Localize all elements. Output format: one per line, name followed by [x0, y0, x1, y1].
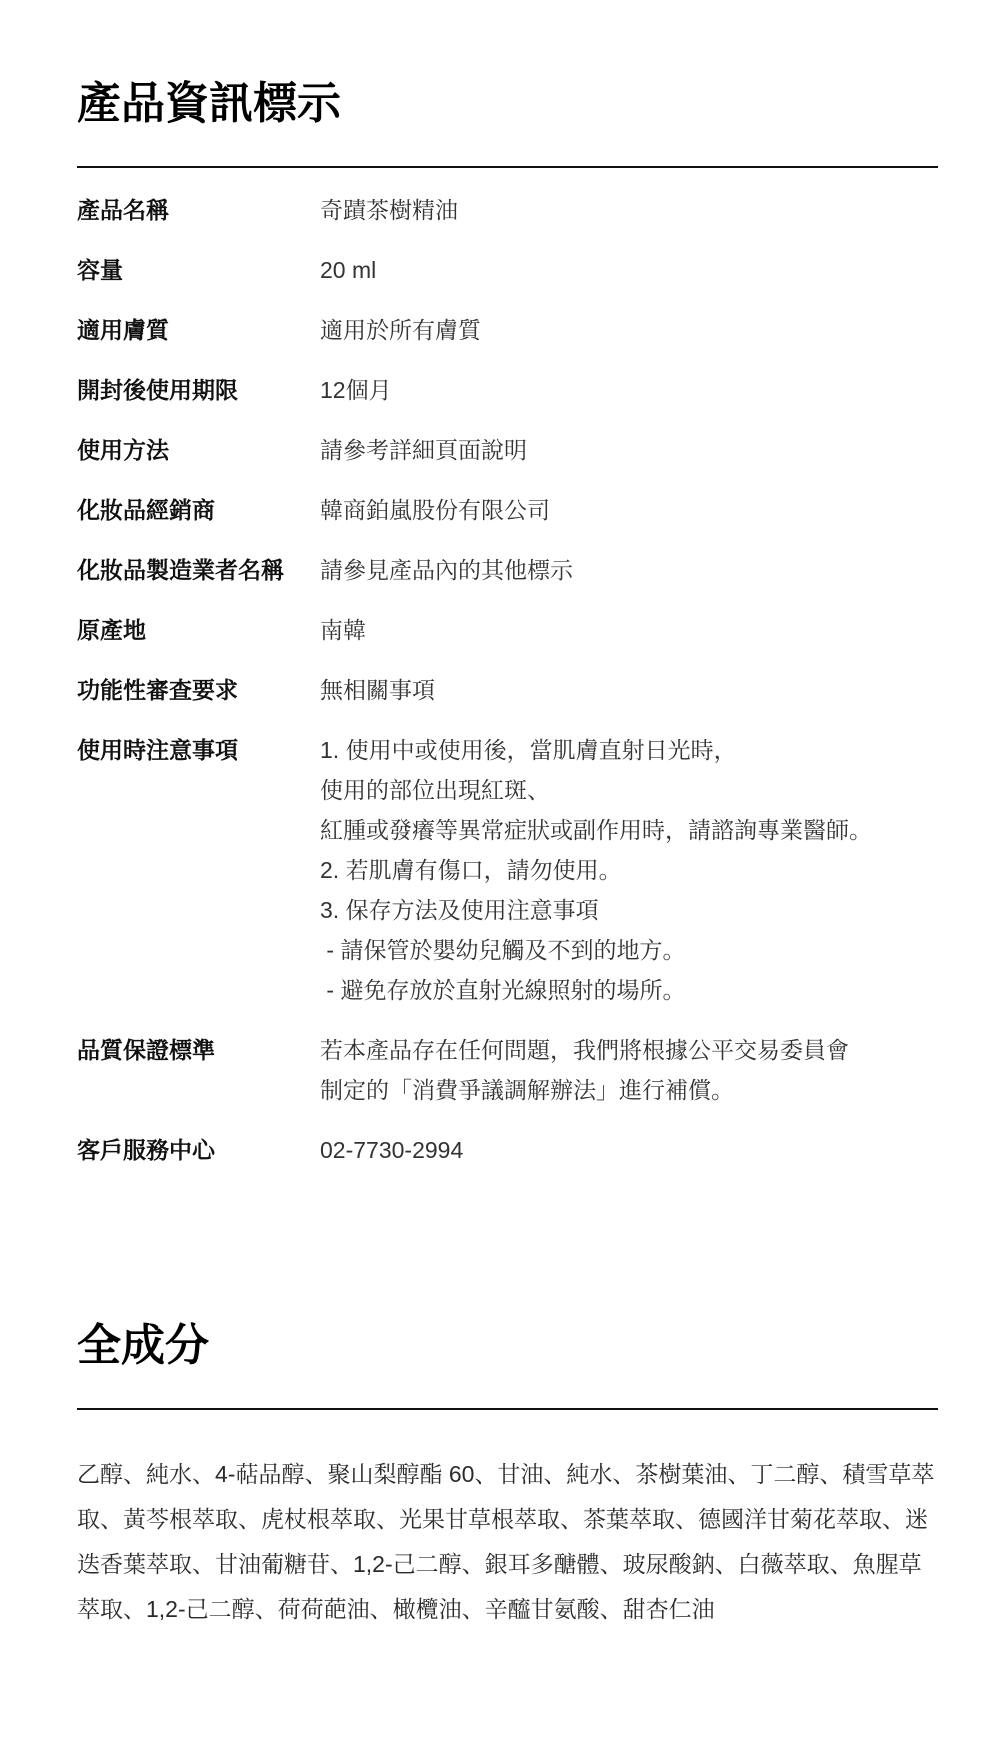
- table-row: 化妝品經銷商 韓商鉑嵐股份有限公司: [77, 490, 938, 530]
- row-value: 02-7730-2994: [320, 1130, 938, 1170]
- row-value: 若本產品存在任何問題，我們將根據公平交易委員會 制定的「消費爭議調解辦法」進行補…: [320, 1030, 938, 1110]
- row-label: 功能性審查要求: [77, 670, 320, 710]
- row-value: 請參見產品內的其他標示: [320, 550, 938, 590]
- row-label: 原產地: [77, 610, 320, 650]
- row-value: 韓商鉑嵐股份有限公司: [320, 490, 938, 530]
- row-value: 南韓: [320, 610, 938, 650]
- table-row: 客戶服務中心 02-7730-2994: [77, 1130, 938, 1170]
- table-row: 化妝品製造業者名稱 請參見產品內的其他標示: [77, 550, 938, 590]
- row-label: 容量: [77, 250, 320, 290]
- row-label: 產品名稱: [77, 190, 320, 230]
- row-value: 適用於所有膚質: [320, 310, 938, 350]
- table-row: 產品名稱 奇蹟茶樹精油: [77, 190, 938, 230]
- row-value: 20 ml: [320, 250, 938, 290]
- row-label: 客戶服務中心: [77, 1130, 320, 1170]
- row-value: 1. 使用中或使用後，當肌膚直射日光時， 使用的部位出現紅斑、 紅腫或發癢等異常…: [320, 730, 938, 1010]
- table-row: 容量 20 ml: [77, 250, 938, 290]
- ingredients-text: 乙醇、純水、4-萜品醇、聚山梨醇酯 60、甘油、純水、茶樹葉油、丁二醇、積雪草萃…: [77, 1452, 938, 1632]
- row-value: 12個月: [320, 370, 938, 410]
- page-title: 產品資訊標示: [77, 78, 938, 130]
- row-value: 請參考詳細頁面說明: [320, 430, 938, 470]
- row-label: 品質保證標準: [77, 1030, 320, 1070]
- table-row: 使用時注意事項 1. 使用中或使用後，當肌膚直射日光時， 使用的部位出現紅斑、 …: [77, 730, 938, 1010]
- table-row: 適用膚質 適用於所有膚質: [77, 310, 938, 350]
- row-label: 使用方法: [77, 430, 320, 470]
- row-label: 化妝品製造業者名稱: [77, 550, 320, 590]
- table-row: 功能性審查要求 無相關事項: [77, 670, 938, 710]
- table-row: 品質保證標準 若本產品存在任何問題，我們將根據公平交易委員會 制定的「消費爭議調…: [77, 1030, 938, 1110]
- row-label: 開封後使用期限: [77, 370, 320, 410]
- row-label: 使用時注意事項: [77, 730, 320, 770]
- table-row: 使用方法 請參考詳細頁面說明: [77, 430, 938, 470]
- table-row: 原產地 南韓: [77, 610, 938, 650]
- row-value: 無相關事項: [320, 670, 938, 710]
- ingredients-title: 全成分: [77, 1320, 938, 1372]
- product-info-table: 產品名稱 奇蹟茶樹精油 容量 20 ml 適用膚質 適用於所有膚質 開封後使用期…: [77, 190, 938, 1170]
- ingredients-divider: [77, 1408, 938, 1410]
- row-label: 化妝品經銷商: [77, 490, 320, 530]
- product-info-page: 產品資訊標示 產品名稱 奇蹟茶樹精油 容量 20 ml 適用膚質 適用於所有膚質…: [0, 0, 1000, 1758]
- table-row: 開封後使用期限 12個月: [77, 370, 938, 410]
- title-divider: [77, 166, 938, 168]
- row-value: 奇蹟茶樹精油: [320, 190, 938, 230]
- row-label: 適用膚質: [77, 310, 320, 350]
